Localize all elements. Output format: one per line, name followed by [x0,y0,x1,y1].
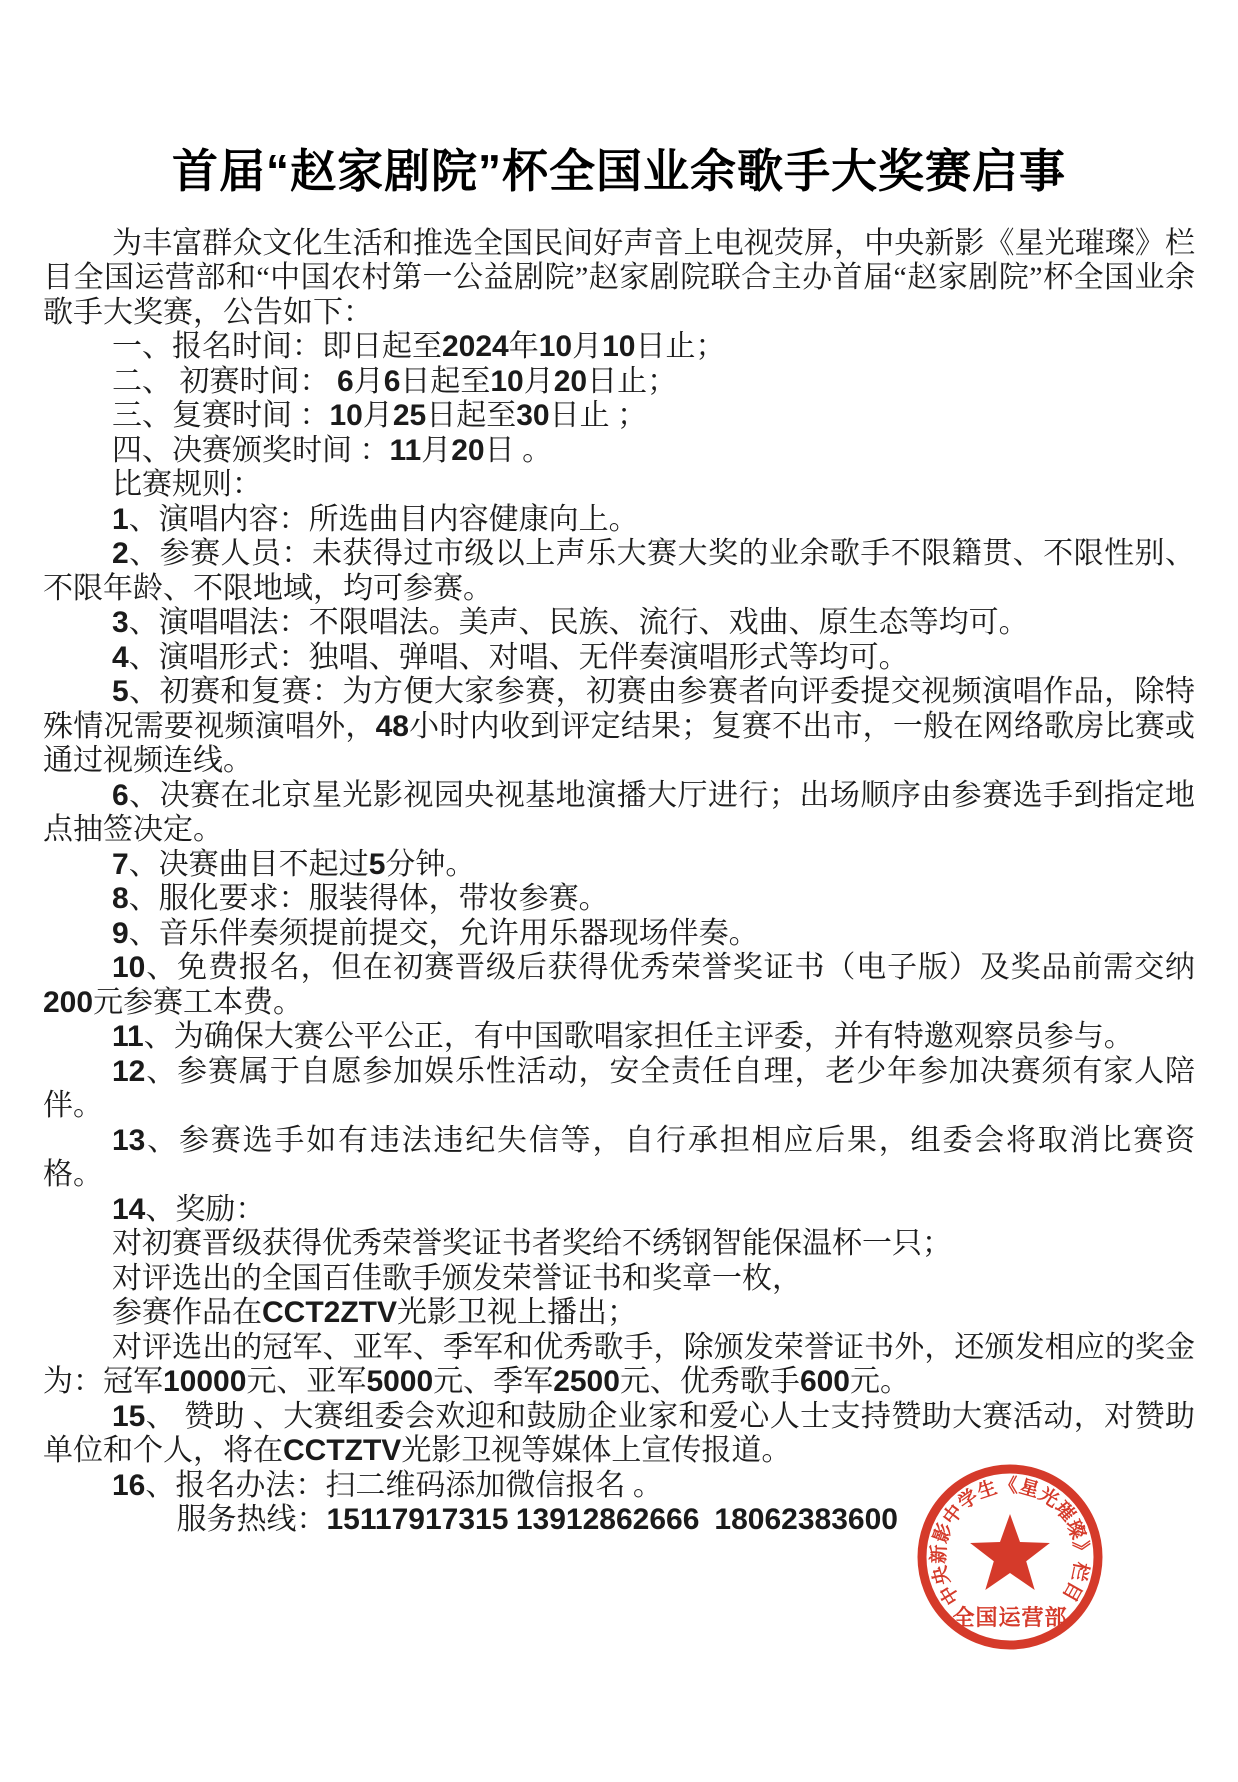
star-icon [970,1514,1050,1590]
rule-item-15: 15、 赞助 、大赛组委会欢迎和鼓励企业家和爱心人士支持赞助大赛活动，对赞助单位… [43,1400,1195,1469]
award-line-1: 对初赛晋级获得优秀荣誉奖证书者奖给不绣钢智能保温杯一只； [43,1227,1195,1262]
rule-item-1: 1、演唱内容：所选曲目内容健康向上。 [43,503,1195,538]
rule-item-14: 14、奖励： [43,1193,1195,1228]
rule-item-7: 7、决赛曲目不起过5分钟。 [43,848,1195,883]
rule-item-10: 10、免费报名，但在初赛晋级后获得优秀荣誉奖证书（电子版）及奖品前需交纳200元… [43,951,1195,1020]
stamp-bottom-text: 全国运营部 [952,1605,1067,1630]
award-line-3: 参赛作品在CCT2ZTV光影卫视上播出； [43,1296,1195,1331]
rule-item-8: 8、服化要求：服装得体，带妆参赛。 [43,882,1195,917]
official-stamp: 中央新影中学生《星光璀璨》栏目 全国运营部 [915,1462,1105,1652]
rule-item-4: 4、演唱形式：独唱、弹唱、对唱、无伴奏演唱形式等均可。 [43,641,1195,676]
rules-header: 比赛规则： [43,468,1195,503]
rule-item-5: 5、初赛和复赛：为方便大家参赛，初赛由参赛者向评委提交视频演唱作品，除特殊情况需… [43,675,1195,779]
page-title: 首届“赵家剧院”杯全国业余歌手大奖赛启事 [43,143,1195,201]
rule-item-11: 11、为确保大赛公平公正，有中国歌唱家担任主评委，并有特邀观察员参与。 [43,1020,1195,1055]
rule-item-6: 6、决赛在北京星光影视园央视基地演播大厅进行；出场顺序由参赛选手到指定地点抽签决… [43,779,1195,848]
rule-item-12: 12、参赛属于自愿参加娱乐性活动，安全责任自理，老少年参加决赛须有家人陪伴。 [43,1055,1195,1124]
rule-item-9: 9、音乐伴奏须提前提交，允许用乐器现场伴奏。 [43,917,1195,952]
announcement-body: 为丰富群众文化生活和推选全国民间好声音上电视荧屏，中央新影《星光璀璨》栏目全国运… [43,227,1195,1538]
award-line-4: 对评选出的冠军、亚军、季军和优秀歌手，除颁发荣誉证书外，还颁发相应的奖金为：冠军… [43,1331,1195,1400]
schedule-item-1: 一、报名时间：即日起至2024年10月10日止； [43,330,1195,365]
award-line-2: 对评选出的全国百佳歌手颁发荣誉证书和奖章一枚， [43,1262,1195,1297]
schedule-item-3: 三、复赛时间 ：10月25日起至30日止 ； [43,399,1195,434]
rule-item-3: 3、演唱唱法：不限唱法。美声、民族、流行、戏曲、原生态等均可。 [43,606,1195,641]
rule-item-2: 2、参赛人员：未获得过市级以上声乐大赛大奖的业余歌手不限籍贯、不限性别、不限年龄… [43,537,1195,606]
rule-item-13: 13、参赛选手如有违法违纪失信等，自行承担相应后果，组委会将取消比赛资格。 [43,1124,1195,1193]
schedule-item-4: 四、决赛颁奖时间 ：11月20日 。 [43,434,1195,469]
schedule-item-2: 二、 初赛时间： 6月6日起至10月20日止； [43,365,1195,400]
announcement-page: 首届“赵家剧院”杯全国业余歌手大奖赛启事 为丰富群众文化生活和推选全国民间好声音… [0,0,1238,1782]
stamp-graphic: 中央新影中学生《星光璀璨》栏目 全国运营部 [915,1462,1105,1652]
intro-paragraph: 为丰富群众文化生活和推选全国民间好声音上电视荧屏，中央新影《星光璀璨》栏目全国运… [43,227,1195,331]
